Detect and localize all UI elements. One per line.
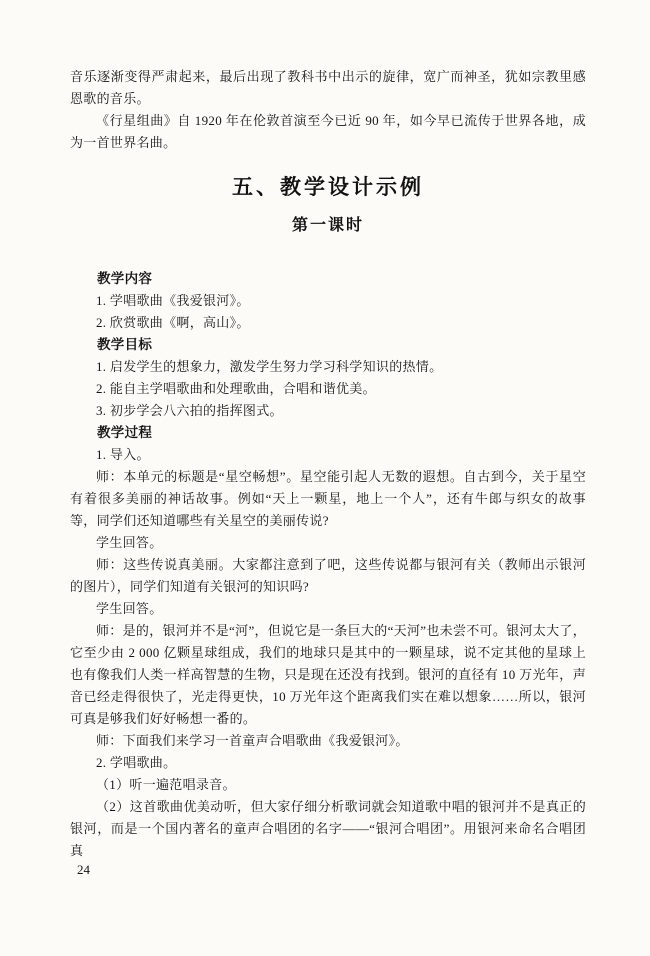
lesson-subtitle: 第一课时 <box>70 214 586 238</box>
chapter-title: 五、教学设计示例 <box>70 174 586 202</box>
section-heading: 教学内容 <box>70 268 586 290</box>
paragraph: 2. 学唱歌曲。 <box>70 752 586 774</box>
paragraph: （2）这首歌曲优美动听，但大家仔细分析歌词就会知道歌中唱的银河并不是真正的银河，… <box>70 796 586 862</box>
document-page: 音乐逐渐变得严肃起来，最后出现了教科书中出示的旋律，宽广而神圣，犹如宗教里感恩歌… <box>0 0 650 956</box>
section-heading: 教学目标 <box>70 334 586 356</box>
paragraph: 2. 欣赏歌曲《啊，高山》。 <box>70 312 586 334</box>
paragraph: 学生回答。 <box>70 532 586 554</box>
paragraph: 1. 学唱歌曲《我爱银河》。 <box>70 290 586 312</box>
teaching-body: 教学内容1. 学唱歌曲《我爱银河》。2. 欣赏歌曲《啊，高山》。教学目标1. 启… <box>70 268 586 862</box>
paragraph: 师：是的，银河并不是“河”，但说它是一条巨大的“天河”也未尝不可。银河太大了，它… <box>70 620 586 730</box>
paragraph: 1. 启发学生的想象力，激发学生努力学习科学知识的热情。 <box>70 356 586 378</box>
paragraph: 学生回答。 <box>70 598 586 620</box>
intro-block: 音乐逐渐变得严肃起来，最后出现了教科书中出示的旋律，宽广而神圣，犹如宗教里感恩歌… <box>70 66 586 154</box>
paragraph: 师：本单元的标题是“星空畅想”。星空能引起人无数的遐想。自古到今，关于星空有着很… <box>70 466 586 532</box>
paragraph: 1. 导入。 <box>70 444 586 466</box>
paragraph: 《行星组曲》自 1920 年在伦敦首演至今已近 90 年，如今早已流传于世界各地… <box>70 110 586 154</box>
page-number: 24 <box>77 862 90 878</box>
paragraph: （1）听一遍范唱录音。 <box>70 774 586 796</box>
paragraph: 师：下面我们来学习一首童声合唱歌曲《我爱银河》。 <box>70 730 586 752</box>
paragraph: 音乐逐渐变得严肃起来，最后出现了教科书中出示的旋律，宽广而神圣，犹如宗教里感恩歌… <box>70 66 586 110</box>
paragraph: 师：这些传说真美丽。大家都注意到了吧，这些传说都与银河有关（教师出示银河的图片）… <box>70 554 586 598</box>
paragraph: 2. 能自主学唱歌曲和处理歌曲，合唱和谐优美。 <box>70 378 586 400</box>
paragraph: 3. 初步学会八六拍的指挥图式。 <box>70 400 586 422</box>
section-heading: 教学过程 <box>70 422 586 444</box>
